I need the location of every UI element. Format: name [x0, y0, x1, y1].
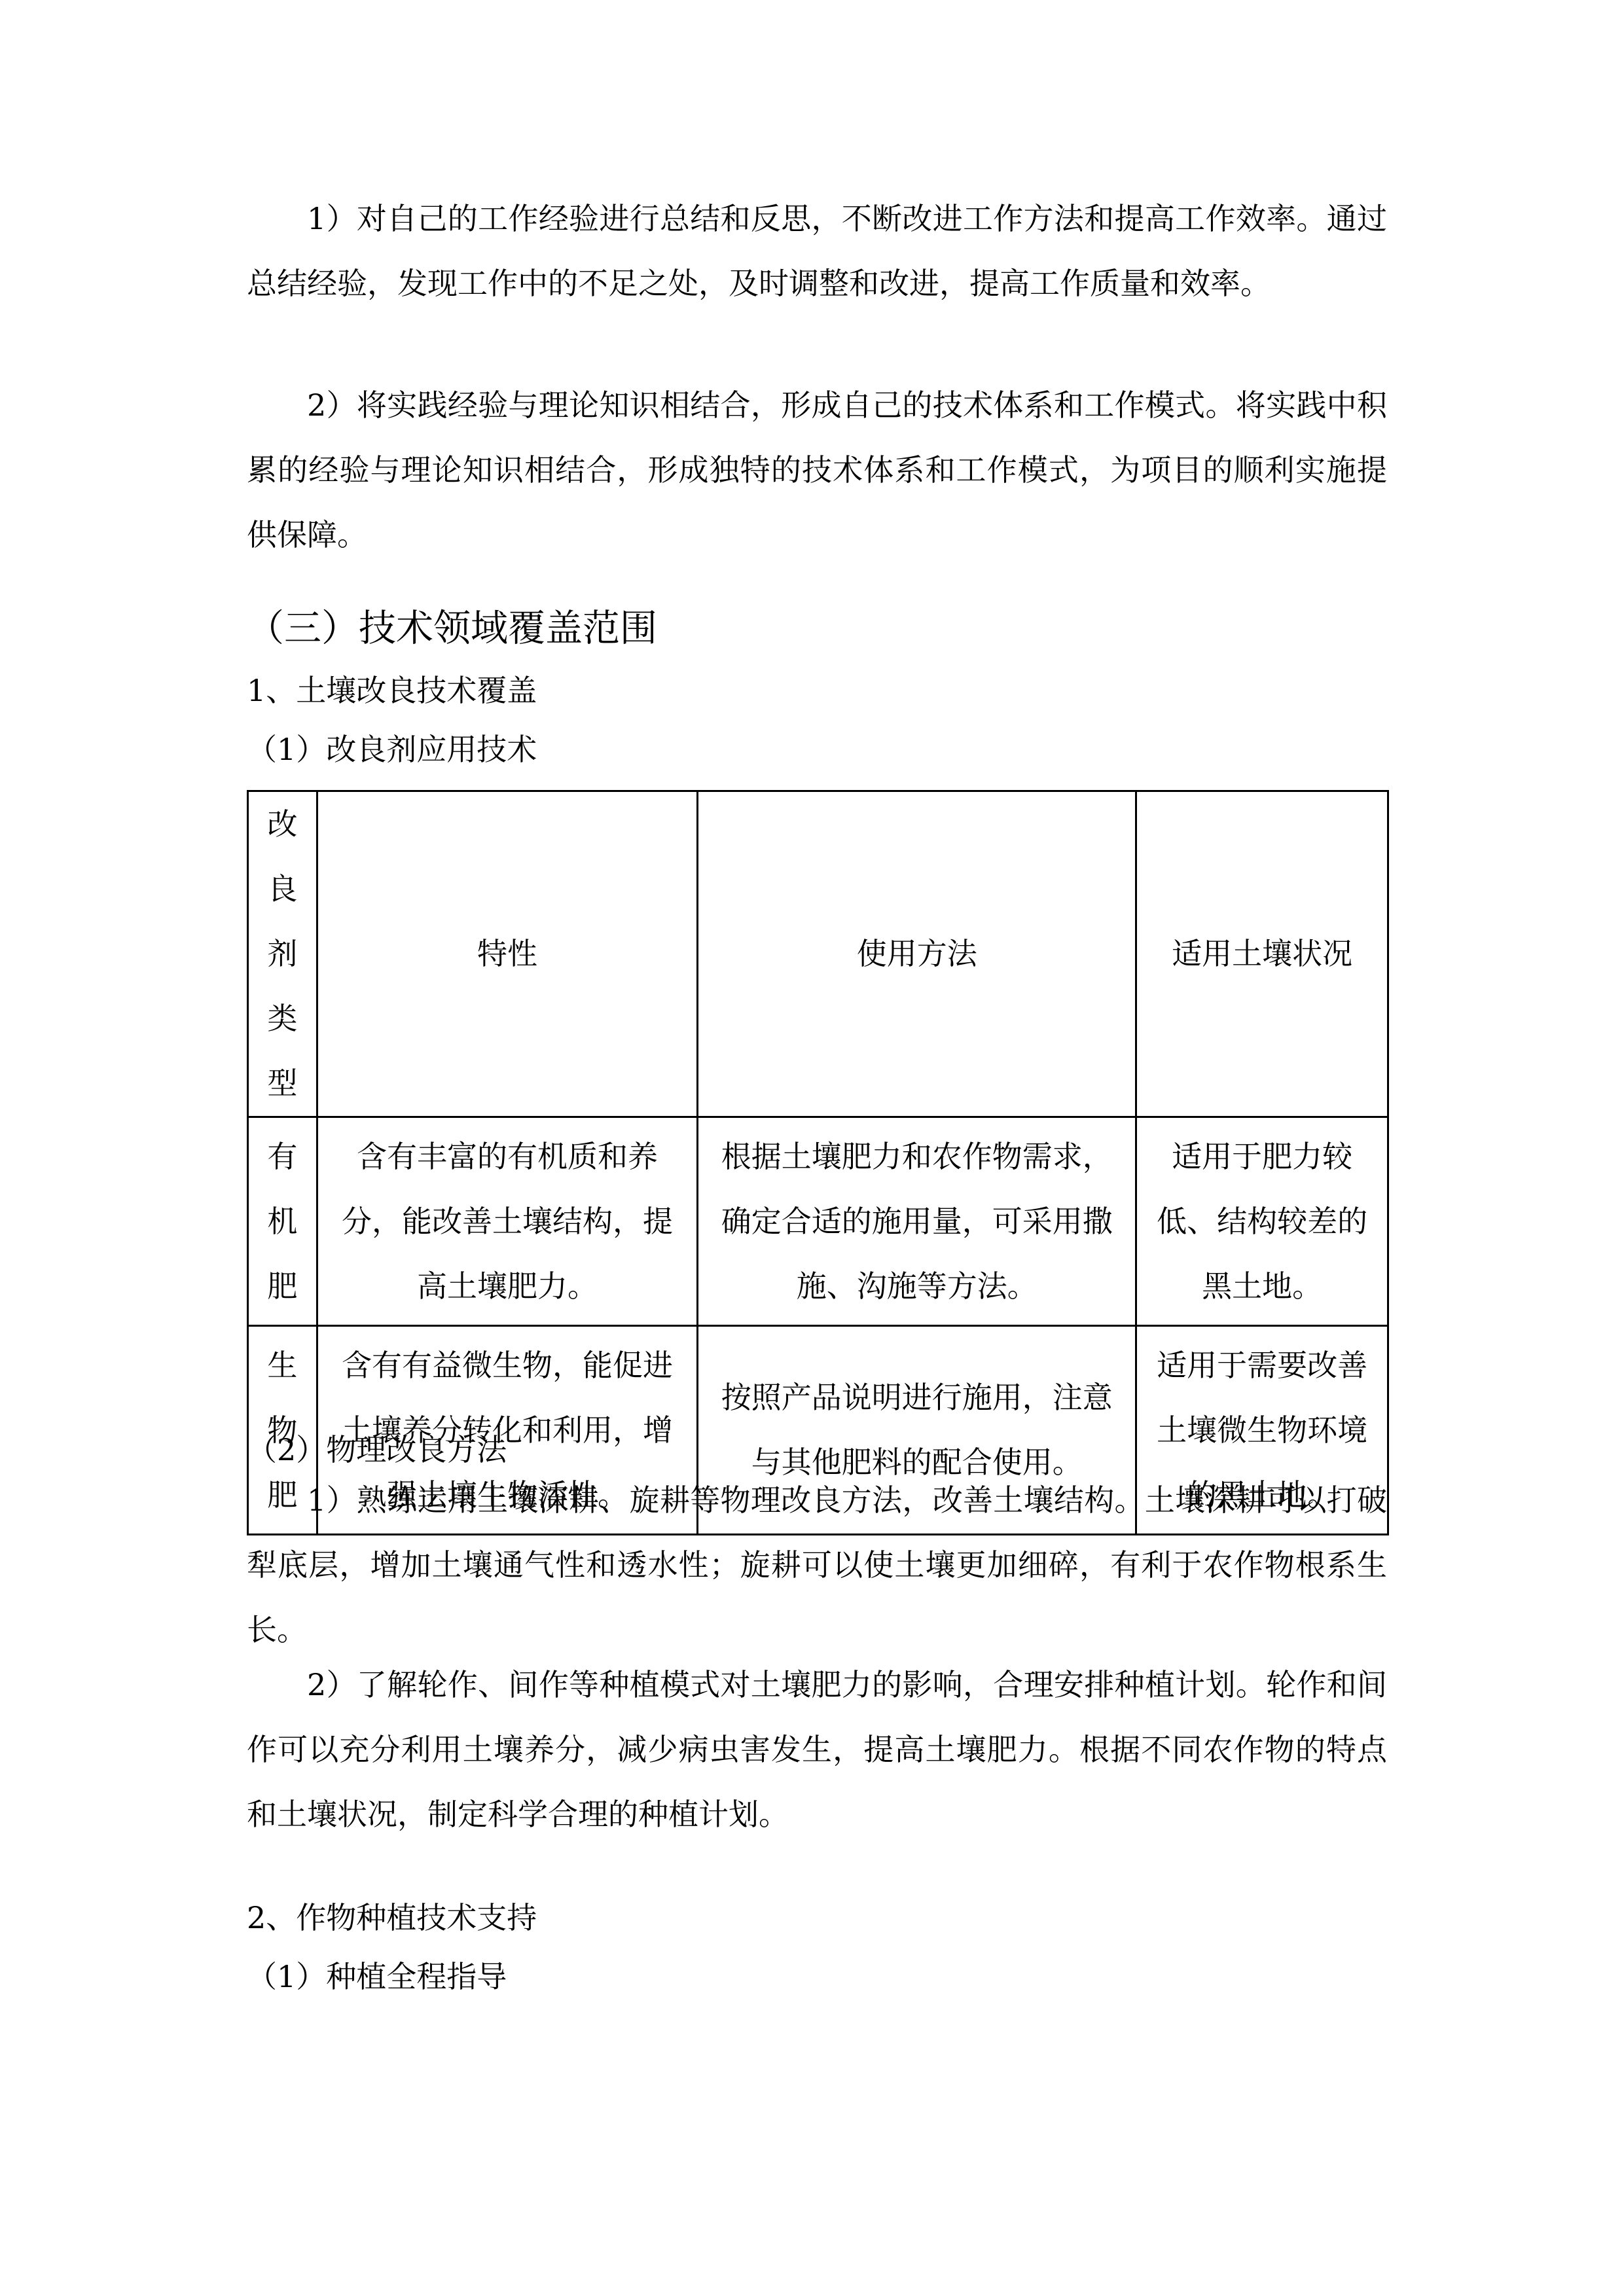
- item-title-amendment: （1）改良剂应用技术: [247, 730, 537, 769]
- table-cell: 根据土壤肥力和农作物需求，确定合适的施用量，可采用撒施、沟施等方法。: [698, 1117, 1136, 1326]
- table-header-cell: 改良剂类型: [248, 791, 317, 1117]
- table-cell: 适用于肥力较低、结构较差的黑土地。: [1136, 1117, 1388, 1326]
- table-header-cell: 使用方法: [698, 791, 1136, 1117]
- paragraph-rotation: 2）了解轮作、间作等种植模式对土壤肥力的影响，合理安排种植计划。轮作和间作可以充…: [247, 1653, 1387, 1847]
- subsection-title-crop: 2、作物种植技术支持: [247, 1898, 537, 1937]
- paragraph-tillage: 1）熟练运用土壤深耕、旋耕等物理改良方法，改善土壤结构。土壤深耕可以打破犁底层，…: [247, 1468, 1387, 1662]
- table-header-row: 改良剂类型 特性 使用方法 适用土壤状况: [248, 791, 1388, 1117]
- amendment-table: 改良剂类型 特性 使用方法 适用土壤状况 有机肥 含有丰富的有机质和养分，能改善…: [247, 790, 1389, 1535]
- paragraph-practice-theory: 2）将实践经验与理论知识相结合，形成自己的技术体系和工作模式。将实践中积累的经验…: [247, 373, 1387, 567]
- section-heading: （三）技术领域覆盖范围: [247, 605, 657, 651]
- item-title-guidance: （1）种植全程指导: [247, 1957, 507, 1996]
- table-header-cell: 适用土壤状况: [1136, 791, 1388, 1117]
- table-cell: 含有丰富的有机质和养分，能改善土壤结构，提高土壤肥力。: [317, 1117, 698, 1326]
- paragraph-summary-reflection: 1）对自己的工作经验进行总结和反思，不断改进工作方法和提高工作效率。通过总结经验…: [247, 187, 1387, 316]
- table-header-cell: 特性: [317, 791, 698, 1117]
- table-row: 有机肥 含有丰富的有机质和养分，能改善土壤结构，提高土壤肥力。 根据土壤肥力和农…: [248, 1117, 1388, 1326]
- item-title-physical: （2）物理改良方法: [247, 1430, 507, 1469]
- subsection-title-soil: 1、土壤改良技术覆盖: [247, 671, 537, 710]
- table-cell: 有机肥: [248, 1117, 317, 1326]
